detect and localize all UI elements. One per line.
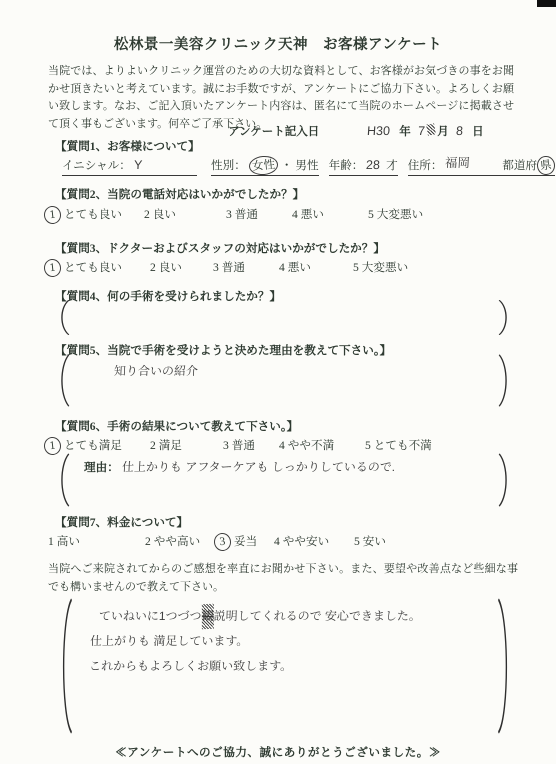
q7-option-4: 4やや安い [274,533,354,549]
prefecture-circled: 県 [536,155,555,175]
feedback-box: ていねいに1つづつ観説明してくれるので 安心できました。 仕上がりも 満足してい… [58,596,512,736]
q7-option-3: 3妥当 [218,533,274,549]
ink-scribble [426,123,436,135]
q5-answer-value: 知り合いの紹介 [113,359,488,383]
gender-male: 男性 [295,159,318,172]
gender-female-circled: 女性 [248,155,279,176]
q4-answer-box [56,299,512,336]
q2-heading: 【質問2、当院の電話対応はいかがでしたか？】 [55,186,304,202]
age-field: 年齢： 28 才 [329,157,398,176]
q2-option-5: 5大変悪い [368,206,423,222]
q6-option-5: 5とても不満 [365,437,432,453]
address-value: 福岡 [445,153,471,171]
q2-option-3: 3普通 [226,206,292,222]
q7-option-5: 5安い [354,533,386,549]
q2-option-1-num: 1 [43,205,62,225]
initial-field: イニシャル： Y [62,157,197,176]
q1-fields-row: イニシャル： Y 性別： 女性 ・ 男性 年齢： 28 才 住所： 福岡 都道府… [62,155,555,176]
date-label: アンケート記入日 [228,123,319,139]
scribbled-out-char: 観 [202,604,214,629]
q3-option-3: 3普通 [213,259,279,275]
q3-option-4: 4悪い [279,259,353,275]
age-label: 年齢： [329,159,364,172]
initial-label: イニシャル： [62,159,131,172]
age-value: 28 [366,158,381,172]
q5-answer-box: 知り合いの紹介 [56,353,512,408]
address-field: 住所： 福岡 都道府県 [408,155,555,176]
q6-option-4: 4やや不満 [279,437,365,453]
gender-label: 性別： [211,159,246,172]
feedback-comment: ていねいに1つづつ観説明してくれるので 安心できました。 仕上がりも 満足してい… [97,604,490,679]
scan-artifact-mark [537,0,556,7]
prefecture-suffix: 都道府 [502,159,537,172]
survey-scan-page: 松林景一美容クリニック天神 お客様アンケート 当院では、よりよいクリニック運営の… [0,0,556,764]
date-era-year-value: H30 [361,124,400,138]
q7-options-row: 1高い 2やや高い 3妥当 4やや安い 5安い [48,533,386,549]
q6-options-row: 1とても満足 2満足 3普通 4やや不満 5とても不満 [48,437,432,453]
q2-options-row: 1とても良い 2良い 3普通 4悪い 5大変悪い [48,206,423,222]
q6-option-3: 3普通 [223,437,279,453]
q2-option-1: 1とても良い [48,206,144,222]
gender-field: 性別： 女性 ・ 男性 [211,157,319,176]
q3-option-1: 1とても良い [48,259,150,275]
q7-option-2: 2やや高い [145,533,218,549]
q3-options-row: 1とても良い 2良い 3普通 4悪い 5大変悪い [48,259,408,275]
date-day-unit: 日 [472,123,485,139]
q6-reason-line: 理由： 仕上かりも アフターケアも しっかりしているので. [84,455,488,480]
feedback-line-3: これからもよろしくお願い致します。 [89,654,488,679]
q6-heading: 【質問6、手術の結果について教えて下さい。】 [55,418,298,434]
q3-option-5: 5大変悪い [353,259,408,275]
q3-heading: 【質問3、ドクターおよびスタッフの対応はいかがでしたか？】 [55,240,385,256]
q6-option-2: 2満足 [150,437,223,453]
date-day-value: 8 [450,124,473,138]
q7-option-1: 1高い [48,533,145,549]
date-year-unit: 年 [399,123,412,139]
q6-reason-box: 理由： 仕上かりも アフターケアも しっかりしているので. [56,452,512,508]
initial-value: Y [133,158,142,172]
feedback-line-2: 仕上がりも 満足しています。 [90,629,489,654]
feedback-prompt: 当院へご来院されてからのご感想を率直にお聞かせ下さい。また、要望や改善点など些細… [48,561,518,596]
q2-option-2: 2良い [144,206,226,222]
q3-option-1-num: 1 [43,258,62,278]
q1-heading: 【質問1、お客様について】 [55,138,200,154]
q7-heading: 【質問7、料金について】 [55,514,188,530]
q6-reason-label: 理由： [84,461,119,474]
q3-option-2: 2良い [150,259,213,275]
page-title: 松林景一美容クリニック天神 お客様アンケート [0,33,556,54]
q2-option-4: 4悪い [292,206,368,222]
date-month-unit: 月 [437,123,450,139]
address-label: 住所： [408,159,443,172]
age-unit: 才 [386,159,398,172]
footer-thanks: ≪アンケートへのご協力、誠にありがとうございました。≫ [0,744,556,760]
gender-separator: ・ [281,159,293,172]
q6-reason-value: 仕上かりも アフターケアも しっかりしているので. [121,455,395,479]
survey-date-line: アンケート記入日 H30 年 7 月 8 日 [228,123,485,139]
q6-option-1: 1とても満足 [48,437,150,453]
feedback-line-1: ていねいに1つづつ観説明してくれるので 安心できました。 [98,604,489,629]
